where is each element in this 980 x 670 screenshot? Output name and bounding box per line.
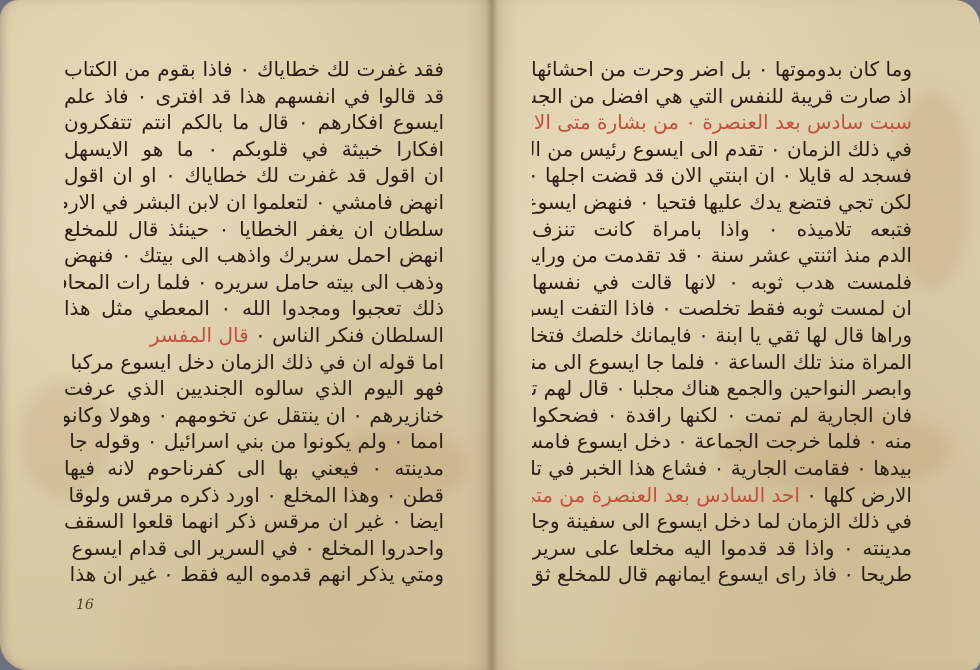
- text-line: بيدها ۰ فقامت الجارية ۰ فشاع هذا الخبر ف…: [532, 455, 912, 482]
- folio-number: 16: [76, 597, 94, 613]
- text-line: واحدروا المخلع ۰ في السرير الى قدام ايسو…: [64, 535, 444, 562]
- text-line: قد قالوا في انفسهم هذا قد افترى ۰ فاذ عل…: [64, 83, 444, 110]
- text-line: خنازيرهم ۰ ان ينتقل عن تخومهم ۰ وهولا وك…: [64, 402, 444, 429]
- text-line: ان لمست ثوبه فقط تخلصت ۰ فاذا التفت ايسو…: [532, 295, 912, 322]
- text-line: لكن تجي فتضع يدك عليها فتحيا ۰ فنهض ايسو…: [532, 189, 912, 216]
- text-segment: السلطان فنكر الناس ۰: [255, 323, 444, 347]
- text-line: منه ۰ فلما خرجت الجماعة ۰ دخل ايسوع فامس…: [532, 428, 912, 455]
- text-line: الدم منذ اثنتي عشر سنة ۰ قد تقدمت من ورا…: [532, 242, 912, 269]
- text-line: ذلك تعجبوا ومجدوا الله ۰ المعطي مثل هذا: [64, 295, 444, 322]
- text-line: وراها قال لها ثقي يا ابنة ۰ فايمانك خلصك…: [532, 322, 912, 349]
- left-page: فقد غفرت لك خطاياك ۰ فاذا بقوم من الكتاب…: [0, 0, 492, 670]
- text-line: وذهب الى بيته حامل سريره ۰ فلما رات المح…: [64, 269, 444, 296]
- text-line: مدينته ۰ واذا قد قدموا اليه مخلعا على سر…: [532, 535, 912, 562]
- text-line: وابصر النواحين والجمع هناك مجلبا ۰ قال ل…: [532, 375, 912, 402]
- text-line: فهو اليوم الذي سالوه الجنديين الذي عرفت: [64, 375, 444, 402]
- text-line: فقد غفرت لك خطاياك ۰ فاذا بقوم من الكتاب: [64, 56, 444, 83]
- text-line: طريحا ۰ فاذ راى ايسوع ايمانهم قال للمخلع…: [532, 561, 912, 588]
- left-page-text: فقد غفرت لك خطاياك ۰ فاذا بقوم من الكتاب…: [64, 56, 444, 588]
- text-line: سلطان ان يغفر الخطايا ۰ حينئذ قال للمخلع: [64, 216, 444, 243]
- text-line: ان اقول قد غفرت لك خطاياك ۰ او ان اقول: [64, 162, 444, 189]
- text-line: وما كان بدوموتها ۰ بل اضر وحرت من احشائه…: [532, 56, 912, 83]
- right-page-text: وما كان بدوموتها ۰ بل اضر وحرت من احشائه…: [532, 56, 912, 588]
- rubric-heading: سبت سادس بعد العنصرة ۰ من بشارة متى الان…: [532, 109, 912, 136]
- text-line-with-rubric: الارض كلها ۰ احد السادس بعد العنصرة من م…: [532, 482, 912, 509]
- text-line: انهض فامشي ۰ لتعلموا ان لابن البشر في ال…: [64, 189, 444, 216]
- text-line: في ذلك الزمان ۰ تقدم الى ايسوع رئيس من ا…: [532, 136, 912, 163]
- text-line: قطن ۰ وهذا المخلع ۰ اورد ذكره مرقس ولوقا…: [64, 482, 444, 509]
- rubric-heading: قال المفسر: [150, 323, 249, 347]
- text-line: فلمست هدب ثوبه ۰ لانها قالت في نفسها: [532, 269, 912, 296]
- text-line: ايضا ۰ غير ان مرقس ذكر انهما قلعوا السقف: [64, 508, 444, 535]
- text-line: افكارا خبيثة في قلوبكم ۰ ما هو الايسهل: [64, 136, 444, 163]
- text-line: فان الجارية لم تمت ۰ لكنها راقدة ۰ فضحكو…: [532, 402, 912, 429]
- text-segment: الارض كلها ۰: [806, 483, 912, 507]
- text-line: امما ۰ ولم يكونوا من بني اسرائيل ۰ وقوله…: [64, 428, 444, 455]
- text-line: ومتي يذكر انهم قدموه اليه فقط ۰ غير ان ه…: [64, 561, 444, 588]
- text-line: اذ صارت قريبة للنفس التي هي افضل من الجس…: [532, 83, 912, 110]
- rubric-heading: احد السادس بعد العنصرة من متى البشير: [532, 483, 800, 507]
- text-line-with-rubric: السلطان فنكر الناس ۰ قال المفسر: [64, 322, 444, 349]
- binding-gutter: [486, 0, 498, 670]
- text-line: ايسوع افكارهم ۰ قال ما بالكم انتم تتفكرو…: [64, 109, 444, 136]
- text-line: المراة منذ تلك الساعة ۰ فلما جا ايسوع ال…: [532, 349, 912, 376]
- text-line: مدينته ۰ فيعني بها الى كفرناحوم لانه فيه…: [64, 455, 444, 482]
- right-page: وما كان بدوموتها ۰ بل اضر وحرت من احشائه…: [492, 0, 980, 670]
- text-line: في ذلك الزمان لما دخل ايسوع الى سفينة وج…: [532, 508, 912, 535]
- text-line: فسجد له قايلا ۰ ان ابنتي الان قد قضت اجل…: [532, 162, 912, 189]
- text-line: اما قوله ان في ذلك الزمان دخل ايسوع مركب…: [64, 349, 444, 376]
- manuscript-spread: فقد غفرت لك خطاياك ۰ فاذا بقوم من الكتاب…: [0, 0, 980, 670]
- text-line: انهض احمل سريرك واذهب الى بيتك ۰ فنهض: [64, 242, 444, 269]
- text-line: فتبعه تلاميذه ۰ واذا بامراة كانت تنزف: [532, 216, 912, 243]
